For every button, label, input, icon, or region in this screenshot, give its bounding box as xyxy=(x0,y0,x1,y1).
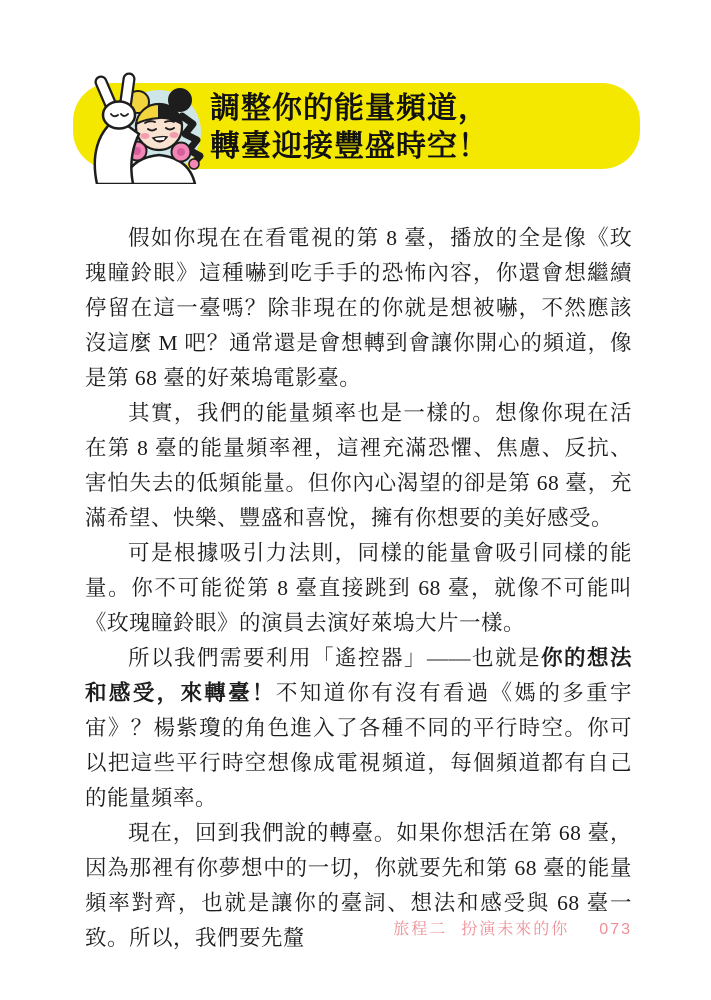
body-text: 假如你現在在看電視的第 8 臺，播放的全是像《玫瑰瞳鈴眼》這種嚇到吃手手的恐怖內… xyxy=(85,221,632,956)
paragraph-2: 其實，我們的能量頻率也是一樣的。想像你現在活在第 8 臺的能量頻率裡，這裡充滿恐… xyxy=(85,396,632,536)
chapter-title-line2: 轉臺迎接豐盛時空！ xyxy=(210,128,489,166)
footer-section-label: 旅程二 xyxy=(393,916,447,939)
chapter-title-banner: 調整你的能量頻道， 轉臺迎接豐盛時空！ xyxy=(73,83,640,169)
book-page: 調整你的能量頻道， 轉臺迎接豐盛時空！ 假如你現在在看電視的第 8 臺，播放的全… xyxy=(0,0,711,1000)
paragraph-1: 假如你現在在看電視的第 8 臺，播放的全是像《玫瑰瞳鈴眼》這種嚇到吃手手的恐怖內… xyxy=(85,221,632,396)
peace-sign-mascot-icon xyxy=(85,72,217,184)
paragraph-4-normal-lead: 所以我們需要利用「遙控器」——也就是 xyxy=(128,646,541,670)
page-footer: 旅程二 扮演未來的你 073 xyxy=(393,916,632,939)
footer-chapter-label: 扮演未來的你 xyxy=(461,916,569,939)
chapter-title: 調整你的能量頻道， 轉臺迎接豐盛時空！ xyxy=(210,90,489,166)
paragraph-4: 所以我們需要利用「遙控器」——也就是你的想法和感受，來轉臺！不知道你有沒有看過《… xyxy=(85,641,632,816)
chapter-title-line1: 調整你的能量頻道， xyxy=(210,90,489,128)
paragraph-3: 可是根據吸引力法則，同樣的能量會吸引同樣的能量。你不可能從第 8 臺直接跳到 6… xyxy=(85,536,632,641)
page-number: 073 xyxy=(599,921,632,939)
